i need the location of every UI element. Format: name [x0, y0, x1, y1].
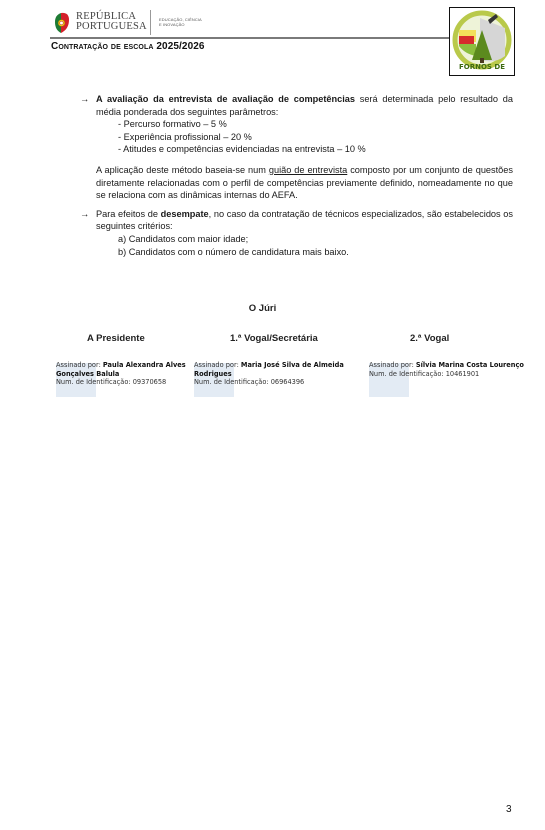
signature-president[interactable]: Assinado por: Paula Alexandra Alves Gonç… — [56, 361, 186, 387]
role-first-member: 1.ª Vogal/Secretária — [230, 333, 318, 344]
parameter-list: - Percurso formativo – 5 % - Experiência… — [96, 118, 513, 156]
role-president: A Presidente — [87, 333, 145, 344]
list-item: - Experiência profissional – 20 % — [118, 131, 513, 144]
arrow-right-icon: → — [80, 93, 89, 106]
signature-second-member[interactable]: Assinado por: Sílvia Marina Costa Louren… — [369, 361, 544, 378]
signer-name: Sílvia Marina Costa Lourenço — [416, 361, 524, 369]
signer-id: 06964396 — [271, 378, 305, 386]
jury-title: O Júri — [0, 303, 525, 314]
role-second-member: 2.ª Vogal — [410, 333, 449, 344]
signature-first-member[interactable]: Assinado por: Maria José Silva de Almeid… — [194, 361, 354, 387]
tiebreak-paragraph: → Para efeitos de desempate, no caso da … — [80, 208, 513, 258]
signer-id: 09370658 — [133, 378, 167, 386]
signer-id: 10461901 — [446, 370, 480, 378]
evaluation-paragraph: → A avaliação da entrevista de avaliação… — [80, 93, 513, 156]
document-body: → A avaliação da entrevista de avaliação… — [80, 93, 513, 258]
portugal-flag-emblem-icon — [54, 12, 70, 34]
school-logo: FORNOS DE — [449, 7, 515, 76]
school-crest-icon: FORNOS DE — [450, 8, 514, 75]
method-paragraph: A aplicação deste método baseia-se num g… — [80, 164, 513, 202]
list-item: a) Candidatos com maior idade; — [118, 233, 513, 246]
department-name: Educação, Ciência e Inovação — [159, 17, 202, 27]
interview-guide-term: guião de entrevista — [269, 165, 347, 175]
svg-text:FORNOS DE: FORNOS DE — [459, 63, 505, 71]
header-divider — [150, 10, 151, 35]
arrow-right-icon: → — [80, 208, 89, 221]
criteria-list: a) Candidatos com maior idade; b) Candid… — [96, 233, 513, 258]
header-rule — [50, 37, 505, 39]
document-title: Contratação de escola 2025/2026 — [51, 41, 205, 52]
list-item: - Atitudes e competências evidenciadas n… — [118, 143, 513, 156]
page-number: 3 — [506, 804, 512, 815]
government-name: REPÚBLICA PORTUGUESA — [76, 12, 147, 32]
list-item: b) Candidatos com o número de candidatur… — [118, 246, 513, 259]
list-item: - Percurso formativo – 5 % — [118, 118, 513, 131]
